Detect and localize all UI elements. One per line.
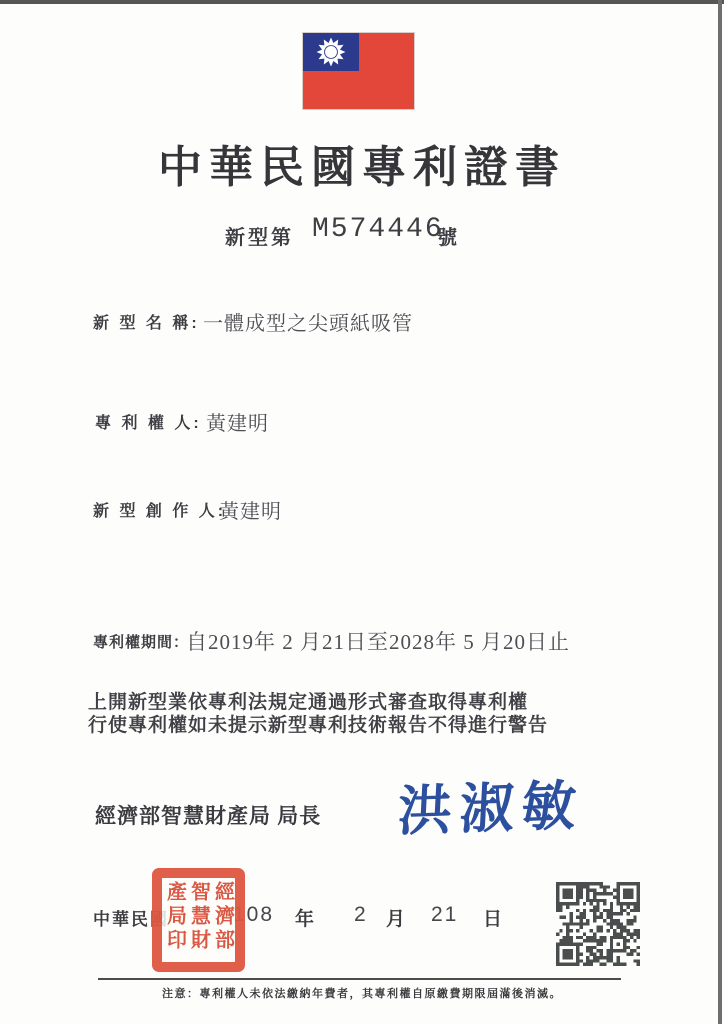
- patent-number-prefix: 新型第: [225, 221, 294, 250]
- seal-text: 經濟部智慧財產局印: [163, 881, 235, 959]
- field-label-patentee: 專 利 權 人:: [95, 410, 202, 433]
- tipo-red-seal-icon: 經濟部智慧財產局印: [152, 868, 245, 972]
- scan-top-edge: [0, 0, 724, 4]
- white-sun-icon: [314, 35, 348, 69]
- issuing-office-title: 經濟部智慧財產局 局長: [95, 800, 321, 830]
- patent-number: M574446: [312, 214, 444, 245]
- field-label-patent-term: 專利權期間：: [93, 631, 189, 652]
- director-general-signature: 洪淑敏: [396, 763, 586, 847]
- certificate-title: 中華民國專利證書: [0, 131, 724, 195]
- date-month-unit: 月: [386, 904, 405, 931]
- legal-statement-line1: 上開新型業依專利法規定通過形式審查取得專利權: [88, 691, 548, 714]
- patent-number-suffix: 號: [437, 221, 458, 250]
- date-year-unit: 年: [295, 904, 314, 931]
- field-value-patent-term: 自2019年 2 月21日至2028年 5 月20日止: [186, 626, 570, 656]
- field-label-utility-model-name: 新 型 名 稱:: [93, 310, 200, 333]
- qr-code-icon: [556, 882, 640, 966]
- date-day-unit: 日: [483, 904, 502, 931]
- field-value-utility-model-name: 一體成型之尖頭紙吸管: [203, 307, 413, 336]
- flag-canton: [303, 33, 359, 71]
- field-value-creator: 黃建明: [219, 495, 282, 524]
- field-value-patentee: 黃建明: [206, 407, 269, 436]
- taiwan-flag-icon: [303, 33, 414, 109]
- footer-note: 注意：專利權人未依法繳納年費者，其專利權自原繳費期限屆滿後消滅。: [0, 985, 724, 1001]
- legal-statement: 上開新型業依專利法規定通過形式審查取得專利權 行使專利權如未提示新型專利技術報告…: [88, 691, 548, 737]
- date-day-value: 21: [431, 903, 458, 927]
- footer-divider: [98, 978, 621, 980]
- legal-statement-line2: 行使專利權如未提示新型專利技術報告不得進行警告: [88, 714, 548, 737]
- field-label-creator: 新 型 創 作 人:: [93, 498, 226, 521]
- patent-certificate-page: 中華民國專利證書 新型第 M574446 號 新 型 名 稱: 一體成型之尖頭紙…: [0, 0, 724, 1024]
- date-month-value: 2: [354, 903, 368, 927]
